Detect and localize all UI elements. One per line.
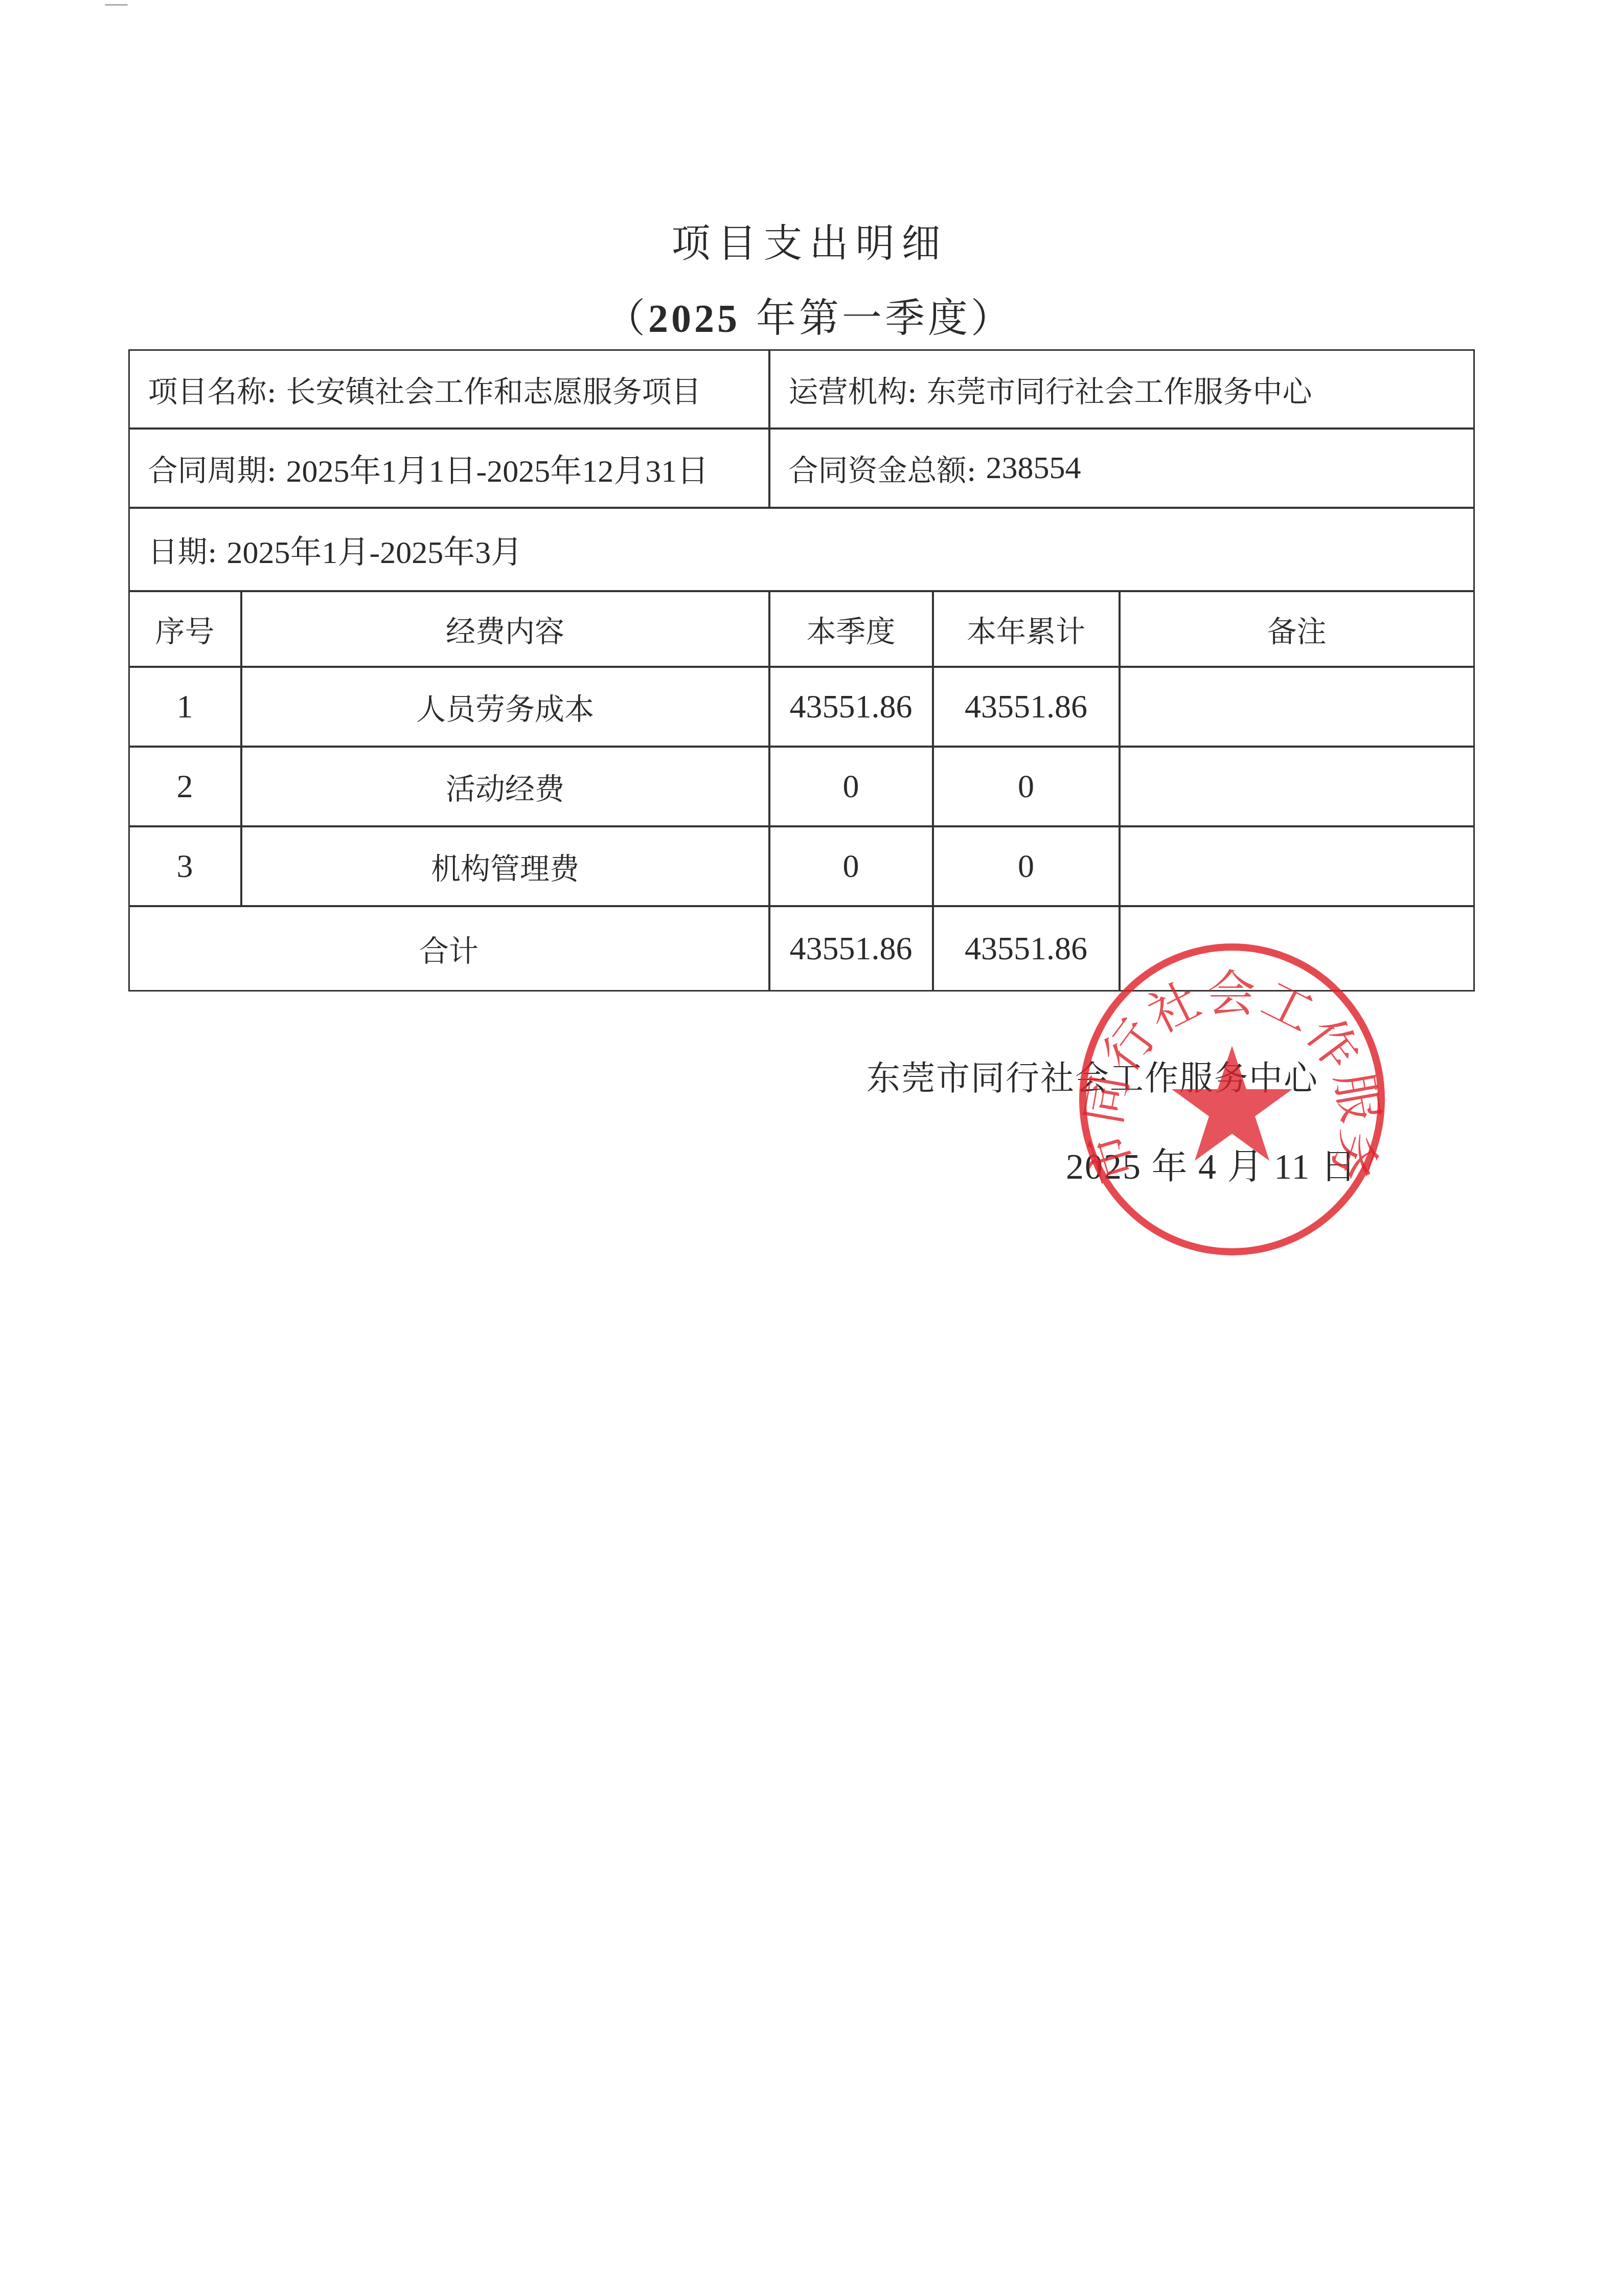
header-quarter: 本季度 [769,591,933,667]
header-ytd: 本年累计 [932,591,1120,667]
scan-mark [105,4,128,6]
row-1-ytd: 43551.86 [932,666,1120,747]
row-3-ytd: 0 [932,826,1120,907]
contract-total-cell: 合同资金总额: 238554 [769,428,1475,508]
row-2-remark [1119,746,1475,827]
row-1-content: 人员劳务成本 [241,666,770,747]
operator-value: 东莞市同行社会工作服务中心 [926,368,1312,411]
contract-period-cell: 合同周期: 2025年1月1日-2025年12月31日 [128,428,770,508]
header-remark: 备注 [1119,591,1475,667]
header-content: 经费内容 [241,591,770,667]
subtitle-year: 2025 [648,296,740,341]
project-name-cell: 项目名称: 长安镇社会工作和志愿服务项目 [128,349,770,429]
star-icon [1172,1046,1292,1161]
row-2-seq: 2 [128,746,242,827]
row-3-quarter: 0 [769,826,933,907]
date-range-value: 2025年1月-2025年3月 [226,527,522,572]
official-seal: 东莞市同行社会工作服务中心 [1074,941,1390,1258]
contract-total-value: 238554 [986,450,1081,486]
project-name-value: 长安镇社会工作和志愿服务项目 [286,368,701,411]
header-seq: 序号 [128,591,242,667]
row-1-quarter: 43551.86 [769,666,933,747]
page-subtitle: （2025 年第一季度） [0,286,1619,344]
row-2-content: 活动经费 [241,746,770,827]
expense-table: 项目名称: 长安镇社会工作和志愿服务项目 运营机构: 东莞市同行社会工作服务中心… [129,350,1475,992]
total-label: 合计 [128,906,770,992]
row-2-ytd: 0 [932,746,1120,827]
contract-period-value: 2025年1月1日-2025年12月31日 [286,445,709,491]
total-quarter: 43551.86 [769,906,933,992]
row-2-quarter: 0 [769,746,933,827]
row-1-seq: 1 [128,666,242,747]
date-range-cell: 日期: 2025年1月-2025年3月 [128,507,1475,592]
row-3-remark [1119,826,1475,907]
operator-cell: 运营机构: 东莞市同行社会工作服务中心 [769,349,1475,429]
row-1-remark [1119,666,1475,747]
row-3-content: 机构管理费 [241,826,770,907]
row-3-seq: 3 [128,826,242,907]
page-title: 项目支出明细 [0,212,1619,268]
